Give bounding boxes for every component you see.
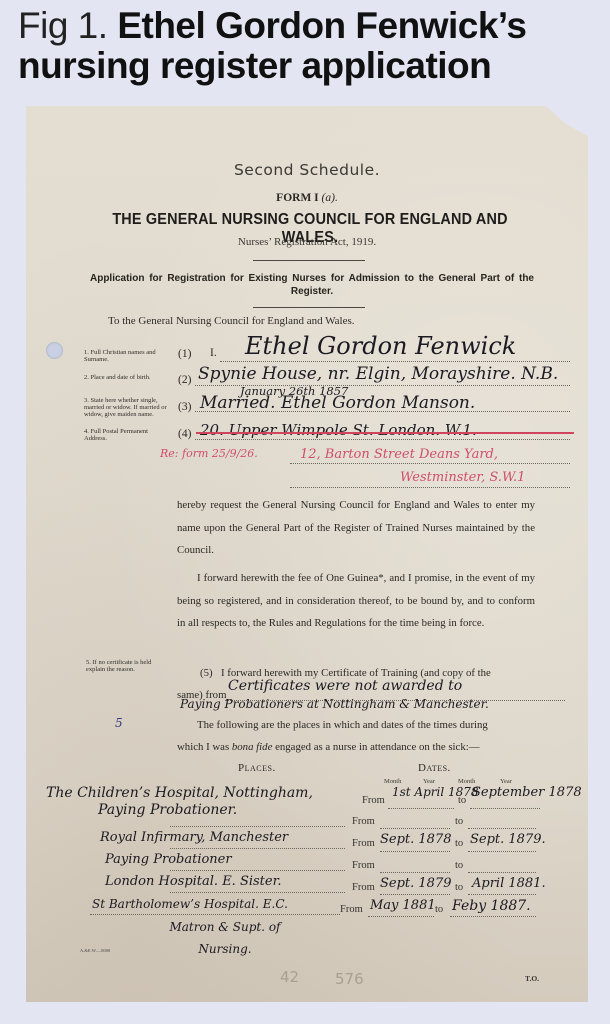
row-3-from-label: From bbox=[352, 882, 375, 893]
row-4-from-label: From bbox=[340, 904, 363, 915]
field-4-red-note: Re: form 25/9/26. bbox=[160, 447, 258, 460]
places-intro-line2: which I was bona fide engaged as a nurse… bbox=[177, 736, 480, 759]
field-5-number: (5) bbox=[200, 662, 213, 685]
places-column-header: Places. bbox=[238, 762, 276, 774]
empty-row-from-line bbox=[380, 872, 450, 873]
punch-hole bbox=[46, 342, 63, 359]
row-1-role[interactable]: Paying Probationer. bbox=[98, 802, 237, 818]
row-2-place[interactable]: Royal Infirmary, Manchester bbox=[100, 830, 288, 845]
row-2-to-date[interactable]: Sept. 1879. bbox=[470, 832, 546, 847]
row-2-to-label: to bbox=[455, 838, 463, 849]
row-2-from-label: From bbox=[352, 838, 375, 849]
row-4-place[interactable]: St Bartholomew’s Hospital. E.C. bbox=[92, 897, 288, 911]
empty-row-from-line bbox=[380, 828, 450, 829]
field-4-number: (4) bbox=[178, 428, 191, 440]
certificate-handwritten-2[interactable]: Paying Probationers at Nottingham & Manc… bbox=[180, 697, 489, 711]
divider bbox=[253, 307, 365, 308]
field-1-line bbox=[220, 361, 570, 362]
empty-row-to-label: to bbox=[455, 860, 463, 871]
row-3-place[interactable]: London Hospital. E. Sister. bbox=[105, 874, 282, 889]
divider bbox=[253, 260, 365, 261]
field-4-line-2 bbox=[290, 463, 570, 464]
margin-mark: 5 bbox=[115, 716, 123, 730]
form-number-label: FORM I bbox=[276, 192, 318, 204]
pencil-mark-1: 42 bbox=[280, 968, 299, 986]
row-4-from-line bbox=[368, 916, 434, 917]
application-title: Application for Registration for Existin… bbox=[84, 272, 540, 298]
field-4-new-address-line1[interactable]: 12, Barton Street Deans Yard, bbox=[300, 447, 498, 462]
figure-label: Fig 1. bbox=[18, 5, 108, 46]
printer-mark: A.&E.W.—8000 bbox=[80, 948, 110, 953]
row-4-to-line bbox=[450, 916, 536, 917]
row-2-to-line bbox=[468, 851, 536, 852]
empty-row-to-label: to bbox=[455, 816, 463, 827]
row-3-to-label: to bbox=[455, 882, 463, 893]
places-intro-line1: The following are the places in which an… bbox=[197, 714, 488, 737]
row-3-from-line bbox=[380, 894, 450, 895]
empty-row-from-label: From bbox=[352, 860, 375, 871]
certificate-handwritten-1[interactable]: Certificates were not awarded to bbox=[228, 678, 462, 694]
places-intro-part-b: engaged as a nurse in attendance on the … bbox=[275, 741, 479, 753]
dates-column-header: Dates. bbox=[418, 762, 451, 774]
field-2-label: 2. Place and date of birth. bbox=[84, 374, 170, 381]
row-3-to-line bbox=[468, 894, 536, 895]
empty-row-place-line bbox=[170, 870, 345, 871]
to-year-header: Year bbox=[500, 778, 512, 785]
form-suffix: (a). bbox=[322, 192, 338, 204]
figure-title-line2: nursing register application bbox=[18, 46, 608, 86]
field-5-label: 5. If no certificate is held explain the… bbox=[86, 659, 166, 673]
row-3-place-line bbox=[170, 892, 345, 893]
field-3-label: 3. State here whether single, married or… bbox=[84, 397, 170, 418]
field-4-new-address-line2[interactable]: Westminster, S.W.1 bbox=[400, 470, 525, 485]
field-4-line bbox=[195, 439, 570, 440]
empty-row-to-line bbox=[468, 872, 536, 873]
places-intro-italic: bona fide bbox=[232, 741, 272, 753]
empty-row-place-line bbox=[170, 826, 345, 827]
places-intro-part-a: which I was bbox=[177, 741, 229, 753]
row-2-role[interactable]: Paying Probationer bbox=[105, 852, 232, 867]
figure-caption: Fig 1. Ethel Gordon Fenwick’s nursing re… bbox=[18, 6, 608, 86]
row-1-to-date[interactable]: September 1878 bbox=[472, 785, 582, 800]
to-month-header: Month bbox=[458, 778, 475, 785]
field-1-value[interactable]: Ethel Gordon Fenwick bbox=[245, 332, 516, 360]
form-number: FORM I (a). bbox=[26, 192, 588, 204]
row-1-from-label: From bbox=[362, 795, 385, 806]
row-4-from-date[interactable]: May 1881 bbox=[370, 898, 436, 913]
field-3-number: (3) bbox=[178, 401, 191, 413]
act-subtitle: Nurses’ Registration Act, 1919. bbox=[26, 236, 588, 248]
empty-row-from-label: From bbox=[352, 816, 375, 827]
field-2-value[interactable]: Spynie House, nr. Elgin, Morayshire. N.B… bbox=[198, 364, 558, 384]
row-4-place-line bbox=[90, 914, 340, 915]
strikethrough-line bbox=[196, 432, 574, 434]
row-1-from-line bbox=[388, 808, 454, 809]
fee-paragraph: I forward herewith the fee of One Guinea… bbox=[177, 567, 535, 635]
row-3-to-date[interactable]: April 1881. bbox=[472, 876, 546, 891]
field-1-label: 1. Full Christian names and Surname. bbox=[84, 349, 170, 363]
field-3-value[interactable]: Married. Ethel Gordon Manson. bbox=[200, 393, 475, 413]
row-1-place[interactable]: The Children’s Hospital, Nottingham, bbox=[46, 785, 313, 801]
turn-over-mark: T.O. bbox=[525, 974, 539, 983]
empty-row-to-line bbox=[468, 828, 536, 829]
row-3-from-date[interactable]: Sept. 1879 bbox=[380, 876, 452, 891]
field-1-number: (1) bbox=[178, 348, 191, 360]
field-4-line-3 bbox=[290, 487, 570, 488]
request-paragraph: hereby request the General Nursing Counc… bbox=[177, 494, 535, 562]
field-1-prefix: I. bbox=[210, 347, 217, 359]
row-2-from-date[interactable]: Sept. 1878 bbox=[380, 832, 452, 847]
row-4-to-date[interactable]: Feby 1887. bbox=[452, 898, 531, 914]
figure-title-line1: Ethel Gordon Fenwick’s bbox=[117, 5, 526, 46]
from-year-header: Year bbox=[423, 778, 435, 785]
schedule-heading: Second Schedule. bbox=[26, 161, 588, 179]
row-2-place-line bbox=[170, 848, 345, 849]
field-4-label: 4. Full Postal Permanent Address. bbox=[84, 428, 170, 442]
row-1-to-label: to bbox=[458, 795, 466, 806]
row-2-from-line bbox=[380, 851, 450, 852]
field-2-number: (2) bbox=[178, 374, 191, 386]
row-1-to-line bbox=[470, 808, 540, 809]
row-4-role[interactable]: Matron & Supt. of Nursing. bbox=[165, 916, 285, 960]
pencil-mark-2: 576 bbox=[335, 970, 364, 988]
row-4-to-label: to bbox=[435, 904, 443, 915]
addressee-line: To the General Nursing Council for Engla… bbox=[108, 315, 355, 327]
from-month-header: Month bbox=[384, 778, 401, 785]
field-4-struck-value[interactable]: 20. Upper Wimpole St. London. W.1. bbox=[200, 421, 477, 439]
